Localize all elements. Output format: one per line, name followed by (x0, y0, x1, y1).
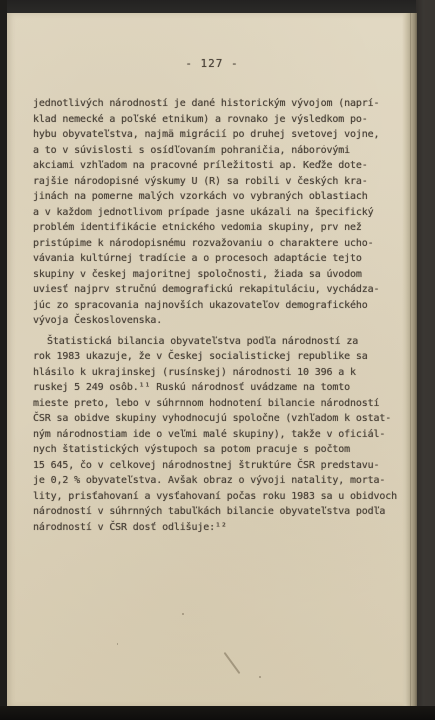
text-line: jednotlivých národností je dané historic… (33, 96, 399, 112)
text-line: pristúpime k národopisnému rozvažovaniu … (33, 236, 399, 252)
text-line: je 0,2 % obyvateľstva. Avšak obraz o výv… (33, 473, 399, 489)
text-line: rajšie národopisné výskumy U (R) sa robi… (33, 174, 399, 190)
text-line: akciami vzhľadom na pracovné príležitost… (33, 158, 399, 174)
paper-speck (323, 145, 325, 146)
paper-speck (117, 643, 118, 645)
text-line: ČSR sa obidve skupiny vyhodnocujú spoloč… (33, 411, 399, 427)
text-line: ruskej 5 249 osôb.¹¹ Ruskú národnosť uvá… (33, 380, 399, 396)
text-line: skupiny v českej majoritnej spoločnosti,… (33, 267, 399, 283)
book-page: - 127 - jednotlivých národností je dané … (7, 13, 417, 707)
scanned-book-photo: - 127 - jednotlivých národností je dané … (0, 0, 435, 720)
text-line: a to v súvislosti s osídľovaním pohranič… (33, 143, 399, 159)
text-line: vávania kultúrnej tradície a o procesoch… (33, 251, 399, 267)
text-line: Štatistická bilancia obyvateľstva podľa … (33, 334, 399, 350)
text-line: nych štatistických výstupoch sa potom pr… (33, 442, 399, 458)
text-line: problém identifikácie etnického vedomia … (33, 220, 399, 236)
text-line: 15 645, čo v celkovej národnostnej štruk… (33, 458, 399, 474)
page-edge-line (410, 13, 411, 707)
text-line: a v každom jednotlivom prípade jasne uká… (33, 205, 399, 221)
page-number-header: - 127 - (27, 57, 397, 70)
text-line: lity, prisťahovaní a vysťahovaní počas r… (33, 489, 399, 505)
background-bottom-band (0, 706, 435, 720)
paper-speck (182, 613, 184, 615)
text-line: júc zo spracovania najnovších ukazovateľ… (33, 298, 399, 314)
body-text: jednotlivých národností je dané historic… (33, 96, 399, 540)
text-line: hlásilo k ukrajinskej (rusínskej) národn… (33, 365, 399, 381)
background-right-band (416, 0, 435, 720)
text-line: hybu obyvateľstva, najmä migrácií po dru… (33, 127, 399, 143)
text-line: klad nemecké a poľské etnikum) a rovnako… (33, 112, 399, 128)
paragraph-1: jednotlivých národností je dané historic… (33, 96, 399, 329)
text-line: jinách na pomerne malých vzorkách vo vyb… (33, 189, 399, 205)
paper-speck (259, 676, 261, 678)
text-line: uviesť najprv stručnú demografickú rekap… (33, 282, 399, 298)
text-line: mieste preto, lebo v súhrnnom hodnotení … (33, 396, 399, 412)
text-line: ným národnostiam ide o veľmi malé skupin… (33, 427, 399, 443)
paragraph-2: Štatistická bilancia obyvateľstva podľa … (33, 334, 399, 536)
text-line: národností v súhrnných tabuľkách bilanci… (33, 504, 399, 520)
text-line: rok 1983 ukazuje, že v Českej socialisti… (33, 349, 399, 365)
background-top-band (0, 0, 435, 13)
background-left-band (0, 0, 7, 720)
text-line: národností v ČSR dosť odlišuje:¹² (33, 520, 399, 536)
text-line: vývoja Československa. (33, 313, 399, 329)
paper-scratch-artifact (224, 652, 241, 674)
